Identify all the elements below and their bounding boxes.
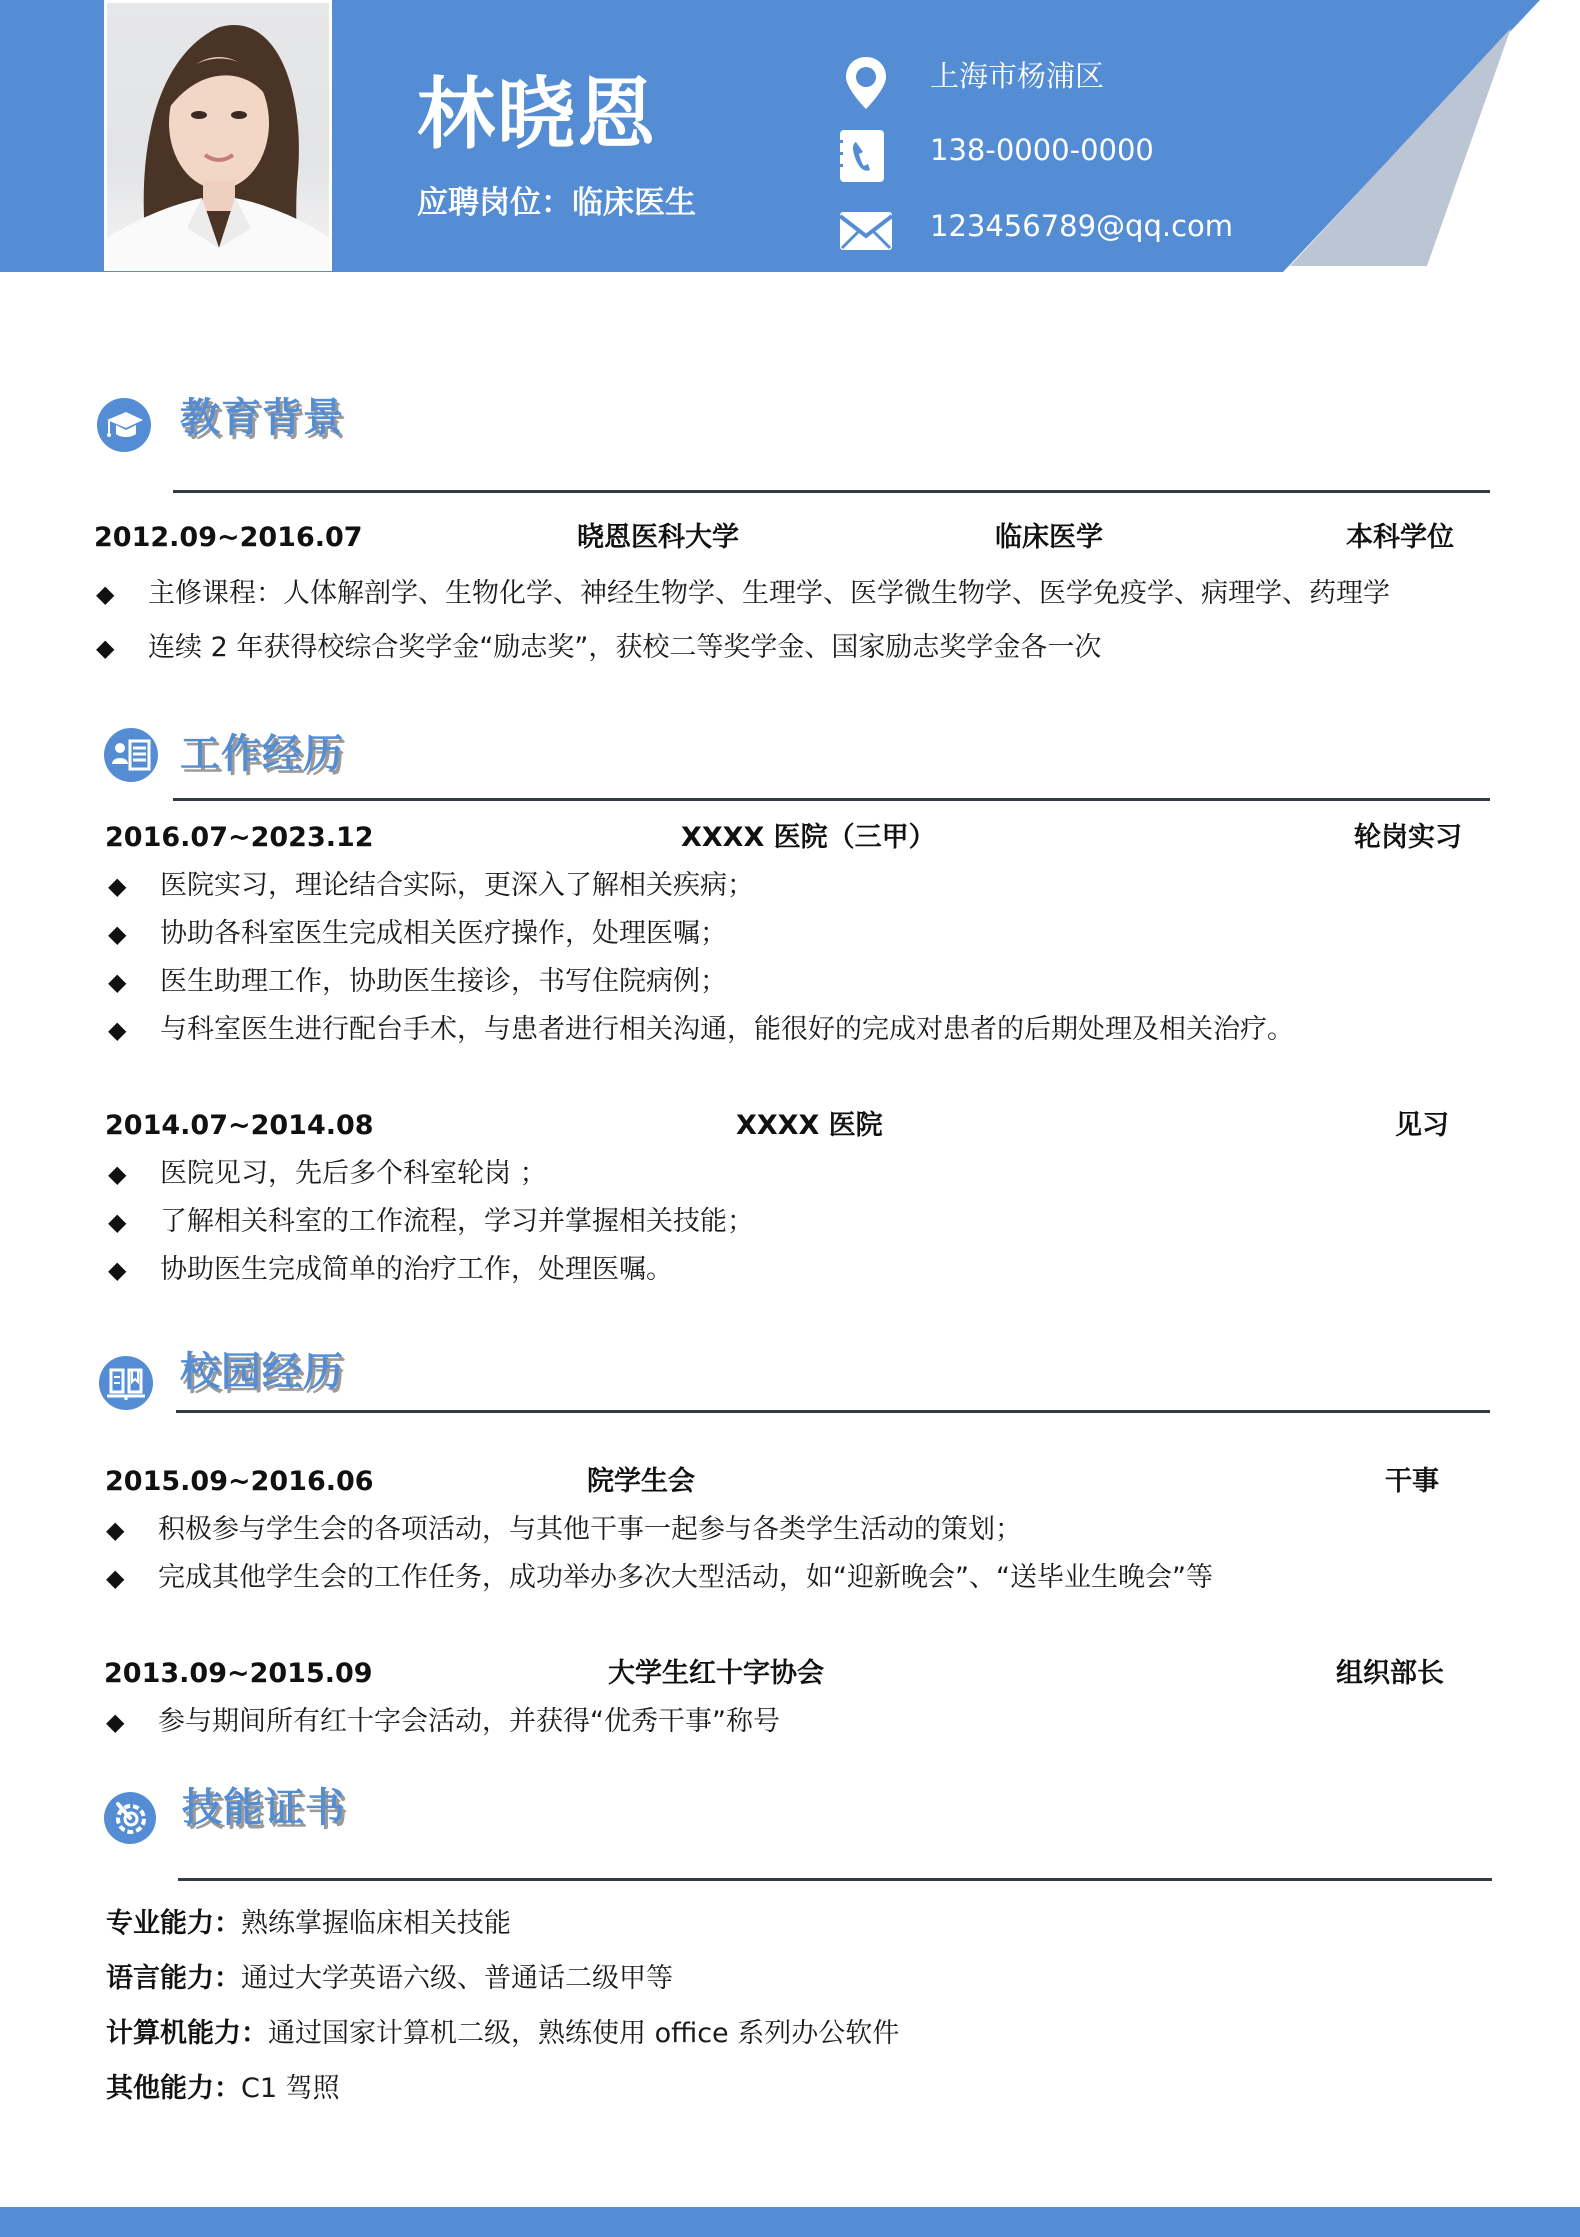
work-date: 2016.07~2023.12 xyxy=(105,820,374,856)
work-bullet: ◆与科室医生进行配台手术，与患者进行相关沟通，能很好的完成对患者的后期处理及相关… xyxy=(108,1012,1294,1048)
campus-org: 大学生红十字协会 xyxy=(608,1656,824,1692)
diamond-bullet-icon: ◆ xyxy=(96,576,148,612)
diamond-bullet-icon: ◆ xyxy=(108,964,160,1000)
skill-item: 语言能力：通过大学英语六级、普通话二级甲等 xyxy=(106,1961,673,1997)
resume-list-icon xyxy=(104,728,158,782)
section-divider xyxy=(173,798,1490,801)
envelope-icon xyxy=(838,206,894,262)
job-objective: 应聘岗位：临床医生 xyxy=(417,183,696,223)
diamond-bullet-icon: ◆ xyxy=(106,1560,158,1596)
contact-phone[interactable]: 138-0000-0000 xyxy=(930,130,1154,170)
campus-org: 院学生会 xyxy=(587,1464,695,1500)
diamond-bullet-icon: ◆ xyxy=(108,1204,160,1240)
diamond-bullet-icon: ◆ xyxy=(108,868,160,904)
skill-item: 计算机能力：通过国家计算机二级，熟练使用 office 系列办公软件 xyxy=(106,2016,899,2052)
portrait-image xyxy=(107,3,329,268)
campus-bullet: ◆积极参与学生会的各项活动，与其他干事一起参与各类学生活动的策划； xyxy=(106,1512,1022,1548)
education-major: 临床医学 xyxy=(995,520,1103,556)
work-bullet: ◆协助各科室医生完成相关医疗操作，处理医嘱； xyxy=(108,916,727,952)
work-bullet: ◆医院实习，理论结合实际，更深入了解相关疾病； xyxy=(108,868,754,904)
work-date: 2014.07~2014.08 xyxy=(105,1108,374,1144)
section-divider xyxy=(176,1410,1490,1413)
diamond-bullet-icon: ◆ xyxy=(106,1512,158,1548)
work-role: 见习 xyxy=(1395,1108,1449,1144)
work-role: 轮岗实习 xyxy=(1354,820,1462,856)
diamond-bullet-icon: ◆ xyxy=(108,1252,160,1288)
education-bullet: ◆主修课程：人体解剖学、生物化学、神经生物学、生理学、医学微生物学、医学免疫学、… xyxy=(96,576,1390,612)
diamond-bullet-icon: ◆ xyxy=(108,1156,160,1192)
work-bullet: ◆协助医生完成简单的治疗工作，处理医嘱。 xyxy=(108,1252,673,1288)
campus-role: 干事 xyxy=(1385,1464,1439,1500)
section-title-campus: 校园经历 xyxy=(180,1348,344,1396)
section-title-work: 工作经历 xyxy=(180,730,344,778)
skill-item: 其他能力：C1 驾照 xyxy=(106,2071,340,2107)
contact-email[interactable]: 123456789@qq.com xyxy=(930,206,1233,246)
education-date: 2012.09~2016.07 xyxy=(94,520,363,556)
diamond-bullet-icon: ◆ xyxy=(108,916,160,952)
open-book-icon xyxy=(99,1356,153,1410)
education-bullet: ◆连续 2 年获得校综合奖学金“励志奖”，获校二等奖学金、国家励志奖学金各一次 xyxy=(96,630,1101,666)
campus-bullet: ◆完成其他学生会的工作任务，成功举办多次大型活动，如“迎新晚会”、“送毕业生晚会… xyxy=(106,1560,1213,1596)
campus-bullet: ◆参与期间所有红十字会活动，并获得“优秀干事”称号 xyxy=(106,1704,780,1740)
education-degree: 本科学位 xyxy=(1346,520,1454,556)
campus-date: 2015.09~2016.06 xyxy=(105,1464,374,1500)
section-divider xyxy=(173,490,1490,493)
section-title-skills: 技能证书 xyxy=(182,1784,346,1832)
portrait-illustration xyxy=(107,3,329,268)
diamond-bullet-icon: ◆ xyxy=(96,630,148,666)
work-bullet: ◆医院见习，先后多个科室轮岗 ； xyxy=(108,1156,547,1192)
contact-address: 上海市杨浦区 xyxy=(930,56,1104,96)
section-divider xyxy=(178,1878,1492,1881)
graduation-cap-icon xyxy=(97,398,151,452)
diamond-bullet-icon: ◆ xyxy=(108,1012,160,1048)
work-org: XXXX 医院（三甲） xyxy=(681,820,936,856)
work-org: XXXX 医院 xyxy=(736,1108,883,1144)
gear-wrench-icon xyxy=(104,1792,156,1844)
section-title-education: 教育背景 xyxy=(180,394,344,442)
education-school: 晓恩医科大学 xyxy=(577,520,739,556)
diamond-bullet-icon: ◆ xyxy=(106,1704,158,1740)
candidate-name: 林晓恩 xyxy=(417,70,657,160)
location-pin-icon xyxy=(838,55,894,111)
footer-bar xyxy=(0,2207,1580,2237)
campus-date: 2013.09~2015.09 xyxy=(104,1656,373,1692)
phone-book-icon xyxy=(838,128,894,184)
campus-role: 组织部长 xyxy=(1336,1656,1444,1692)
work-bullet: ◆医生助理工作，协助医生接诊，书写住院病例； xyxy=(108,964,727,1000)
skill-item: 专业能力：熟练掌握临床相关技能 xyxy=(106,1906,511,1942)
profile-photo xyxy=(104,0,332,271)
work-bullet: ◆了解相关科室的工作流程，学习并掌握相关技能； xyxy=(108,1204,754,1240)
